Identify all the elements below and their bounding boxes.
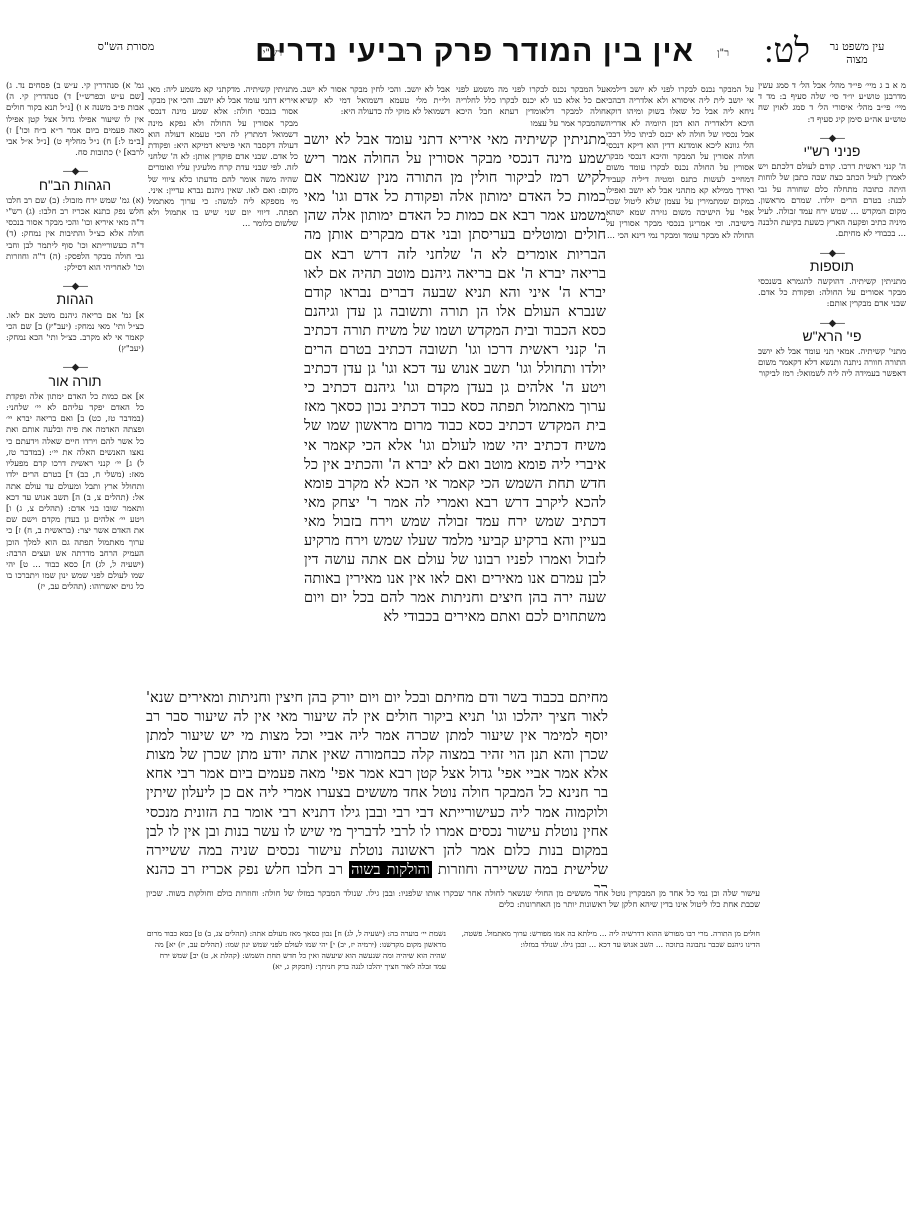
ran-label: ר"ן — [717, 48, 729, 59]
tosafot-title: תוספות — [758, 261, 906, 272]
ornament-divider-icon: —◆— — [6, 166, 144, 177]
ornament-divider-icon: —◆— — [6, 362, 144, 373]
verse-citations: נשמת יי׳ בוערה בה: (ישעיה ל, לג) ח] נכון… — [146, 928, 446, 988]
mesoret-text: גמ' א) סנהדרין קי. ע״ש ב) פסחים נד. ג) [… — [6, 80, 144, 158]
bach-title: הגהות הב"ח — [6, 180, 144, 191]
rosh-title: פי' הרא"ש — [758, 331, 906, 342]
rosh-text: מתני' קשיתיה. אמאי תני עומד אבל לא יושב … — [758, 346, 906, 380]
bach-text: (א) גמ' שמש ירח מזבול: (ב) שם רב חלבו חל… — [6, 195, 144, 273]
torah-or-title: תורה אור — [6, 376, 144, 387]
ein-mishpat-text: מ א ב ג מיי׳ פי״ד מהל׳ אבל הל׳ ד סמג עשי… — [758, 80, 906, 125]
gemara-main-text: מתניתין קשיתיה מאי איריא דתני עומד אבל ל… — [304, 130, 606, 690]
hagahot-title: הגהות — [6, 294, 144, 305]
gemara-top-right: על המבקר נכנס לבקרו לפני מה משמע לפני אם… — [456, 84, 606, 128]
highlighted-phrase[interactable]: והולקות בשוה — [349, 861, 432, 878]
tosafot-text: מתניתין קשיתיה. דהוקשה להגמרא בשנכסי מבק… — [758, 276, 906, 310]
ein-mishpat-label: עין משפט נר מצוה — [822, 40, 892, 66]
page-header: עין משפט נר מצוה לט: ר"ן אין בין המודר פ… — [0, 34, 914, 84]
bottom-commentary: עישור שלה וכן נמי כל אחד מן המבקרין נוטל… — [146, 888, 760, 928]
left-sidebar: גמ' א) סנהדרין קי. ע״ש ב) פסחים נד. ג) [… — [6, 80, 144, 980]
ran-commentary: על המבקר נכנס לבקרו לפני לא יושב דילמא א… — [606, 84, 754, 844]
page-title: אין בין המודר פרק רביעי נדרים — [255, 34, 694, 70]
mesoret-label: מסורת הש"ס — [96, 40, 156, 53]
hagahot-text: א] גמ' אם בריאה גיהנם מוטב אם לאו. כצ״ל … — [6, 310, 144, 355]
rashi-label: רש"י — [263, 48, 282, 59]
right-sidebar: מ א ב ג מיי׳ פי״ד מהל׳ אבל הל׳ ד סמג עשי… — [758, 80, 906, 920]
footnotes: חולים מן התורה. מרי רבו מפורש ההוא דדרשי… — [450, 928, 760, 988]
daf-number: לט: — [764, 34, 810, 70]
gemara-wide-text: מחיתם בכבוד בשר ודם מחיתם ובכל יום ויום … — [146, 688, 608, 888]
ginei-rashi-title: פניני רש"י — [758, 146, 906, 157]
gemara-wide-before: מחיתם בכבוד בשר ודם מחיתם ובכל יום ויום … — [146, 689, 608, 878]
rashi-commentary: מתניתין קשיתיה. מדקתני קא משמע ליה: מאי … — [148, 84, 298, 684]
ginei-rashi-text: ה' קנני ראשית דרכו. קודם לעולם דלכתם ויש… — [758, 161, 906, 239]
torah-or-text: א] אם כמות כל האדם ימתון אלה ופקדת כל הא… — [6, 391, 144, 593]
gemara-top-left: אבל לא יושב. והכי לחין מבקר אסור לא ישב.… — [300, 84, 450, 128]
